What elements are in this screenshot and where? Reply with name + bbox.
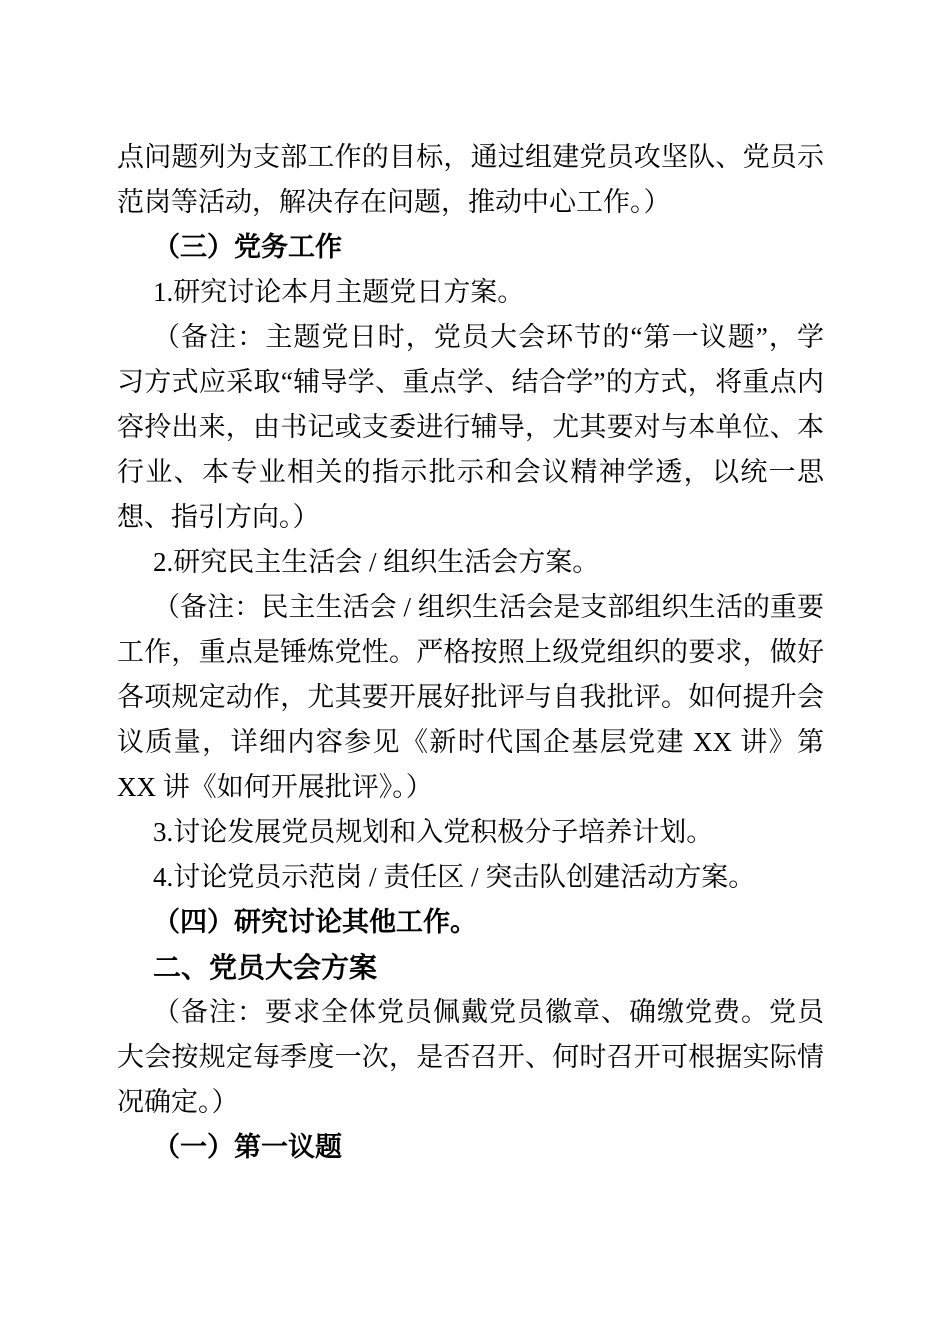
note-paragraph-assembly-requirements: （备注：要求全体党员佩戴党员徽章、确缴党费。党员大会按规定每季度一次，是否召开、… [117,990,824,1125]
numbered-item-2: 2.研究民主生活会 / 组织生活会方案。 [117,540,824,585]
numbered-item-4: 4.讨论党员示范岗 / 责任区 / 突击队创建活动方案。 [117,855,824,900]
body-paragraph-continuation: 点问题列为支部工作的目标，通过组建党员攻坚队、党员示范岗等活动，解决存在问题，推… [117,135,824,225]
note-paragraph-theme-party-day: （备注：主题党日时，党员大会环节的“第一议题”，学习方式应采取“辅导学、重点学、… [117,315,824,540]
numbered-item-1: 1.研究讨论本月主题党日方案。 [117,270,824,315]
document-page: 点问题列为支部工作的目标，通过组建党员攻坚队、党员示范岗等活动，解决存在问题，推… [0,0,950,1344]
section-heading-3-party-affairs: （三）党务工作 [117,225,824,270]
chapter-heading-2-party-member-assembly: 二、党员大会方案 [117,945,824,990]
section-heading-4-other-work: （四）研究讨论其他工作。 [117,900,824,945]
numbered-item-3: 3.讨论发展党员规划和入党积极分子培养计划。 [117,810,824,855]
note-paragraph-democratic-life-meeting: （备注：民主生活会 / 组织生活会是支部组织生活的重要工作，重点是锤炼党性。严格… [117,585,824,810]
document-content: 点问题列为支部工作的目标，通过组建党员攻坚队、党员示范岗等活动，解决存在问题，推… [117,135,824,1170]
section-heading-1-first-topic: （一）第一议题 [117,1125,824,1170]
